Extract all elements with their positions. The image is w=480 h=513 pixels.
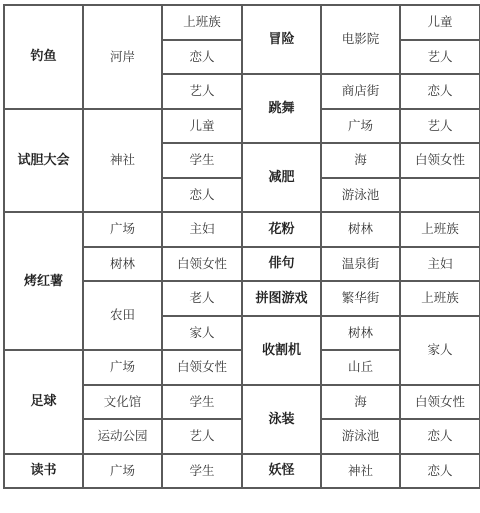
person-cell: 学生 [162,143,242,178]
activity-cell: 烤红薯 [4,212,83,350]
place-cell: 繁华街 [321,281,400,316]
place-cell: 温泉街 [321,247,400,282]
activity-cell: 足球 [4,350,83,454]
place-cell: 神社 [83,109,162,213]
activity-cell: 拼图游戏 [242,281,321,316]
place-cell: 商店街 [321,74,400,109]
place-cell: 海 [321,385,400,420]
place-cell: 文化馆 [83,385,162,420]
place-cell: 电影院 [321,5,400,74]
person-cell: 恋人 [400,419,480,454]
place-cell: 树林 [83,247,162,282]
place-cell: 广场 [321,109,400,144]
person-cell: 白领女性 [162,247,242,282]
activity-cell: 妖怪 [242,454,321,489]
activity-cell: 读书 [4,454,83,489]
place-cell: 游泳池 [321,178,400,213]
activity-cell: 钓鱼 [4,5,83,109]
person-cell: 家人 [162,316,242,351]
activity-cell: 试胆大会 [4,109,83,213]
person-cell: 儿童 [400,5,480,40]
activity-cell: 收割机 [242,316,321,385]
person-cell: 恋人 [400,454,480,489]
place-cell: 山丘 [321,350,400,385]
place-cell: 树林 [321,212,400,247]
person-cell: 艺人 [162,74,242,109]
person-cell: 恋人 [162,178,242,213]
person-cell: 上班族 [400,212,480,247]
person-cell: 白领女性 [400,385,480,420]
person-cell: 恋人 [162,40,242,75]
person-cell: 白领女性 [162,350,242,385]
activity-cell: 花粉 [242,212,321,247]
person-cell: 学生 [162,385,242,420]
person-cell: 上班族 [400,281,480,316]
place-cell: 河岸 [83,5,162,109]
person-cell-empty [400,178,480,213]
table-row: 烤红薯 广场 主妇 花粉 树林 上班族 [4,212,480,247]
person-cell: 儿童 [162,109,242,144]
activity-cell: 冒险 [242,5,321,74]
activity-cell: 俳句 [242,247,321,282]
activity-table: 钓鱼 河岸 上班族 冒险 电影院 儿童 恋人 艺人 艺人 跳舞 商店街 恋人 试… [3,4,480,489]
person-cell: 学生 [162,454,242,489]
place-cell: 运动公园 [83,419,162,454]
place-cell: 神社 [321,454,400,489]
table-row: 钓鱼 河岸 上班族 冒险 电影院 儿童 [4,5,480,40]
person-cell: 老人 [162,281,242,316]
person-cell: 恋人 [400,74,480,109]
person-cell: 白领女性 [400,143,480,178]
place-cell: 农田 [83,281,162,350]
person-cell: 家人 [400,316,480,385]
place-cell: 游泳池 [321,419,400,454]
activity-cell: 跳舞 [242,74,321,143]
person-cell: 主妇 [400,247,480,282]
person-cell: 艺人 [162,419,242,454]
place-cell: 广场 [83,212,162,247]
person-cell: 艺人 [400,40,480,75]
person-cell: 上班族 [162,5,242,40]
place-cell: 树林 [321,316,400,351]
place-cell: 广场 [83,454,162,489]
table-row: 读书 广场 学生 妖怪 神社 恋人 [4,454,480,489]
place-cell: 海 [321,143,400,178]
person-cell: 主妇 [162,212,242,247]
person-cell: 艺人 [400,109,480,144]
activity-cell: 减肥 [242,143,321,212]
activity-cell: 泳装 [242,385,321,454]
place-cell: 广场 [83,350,162,385]
